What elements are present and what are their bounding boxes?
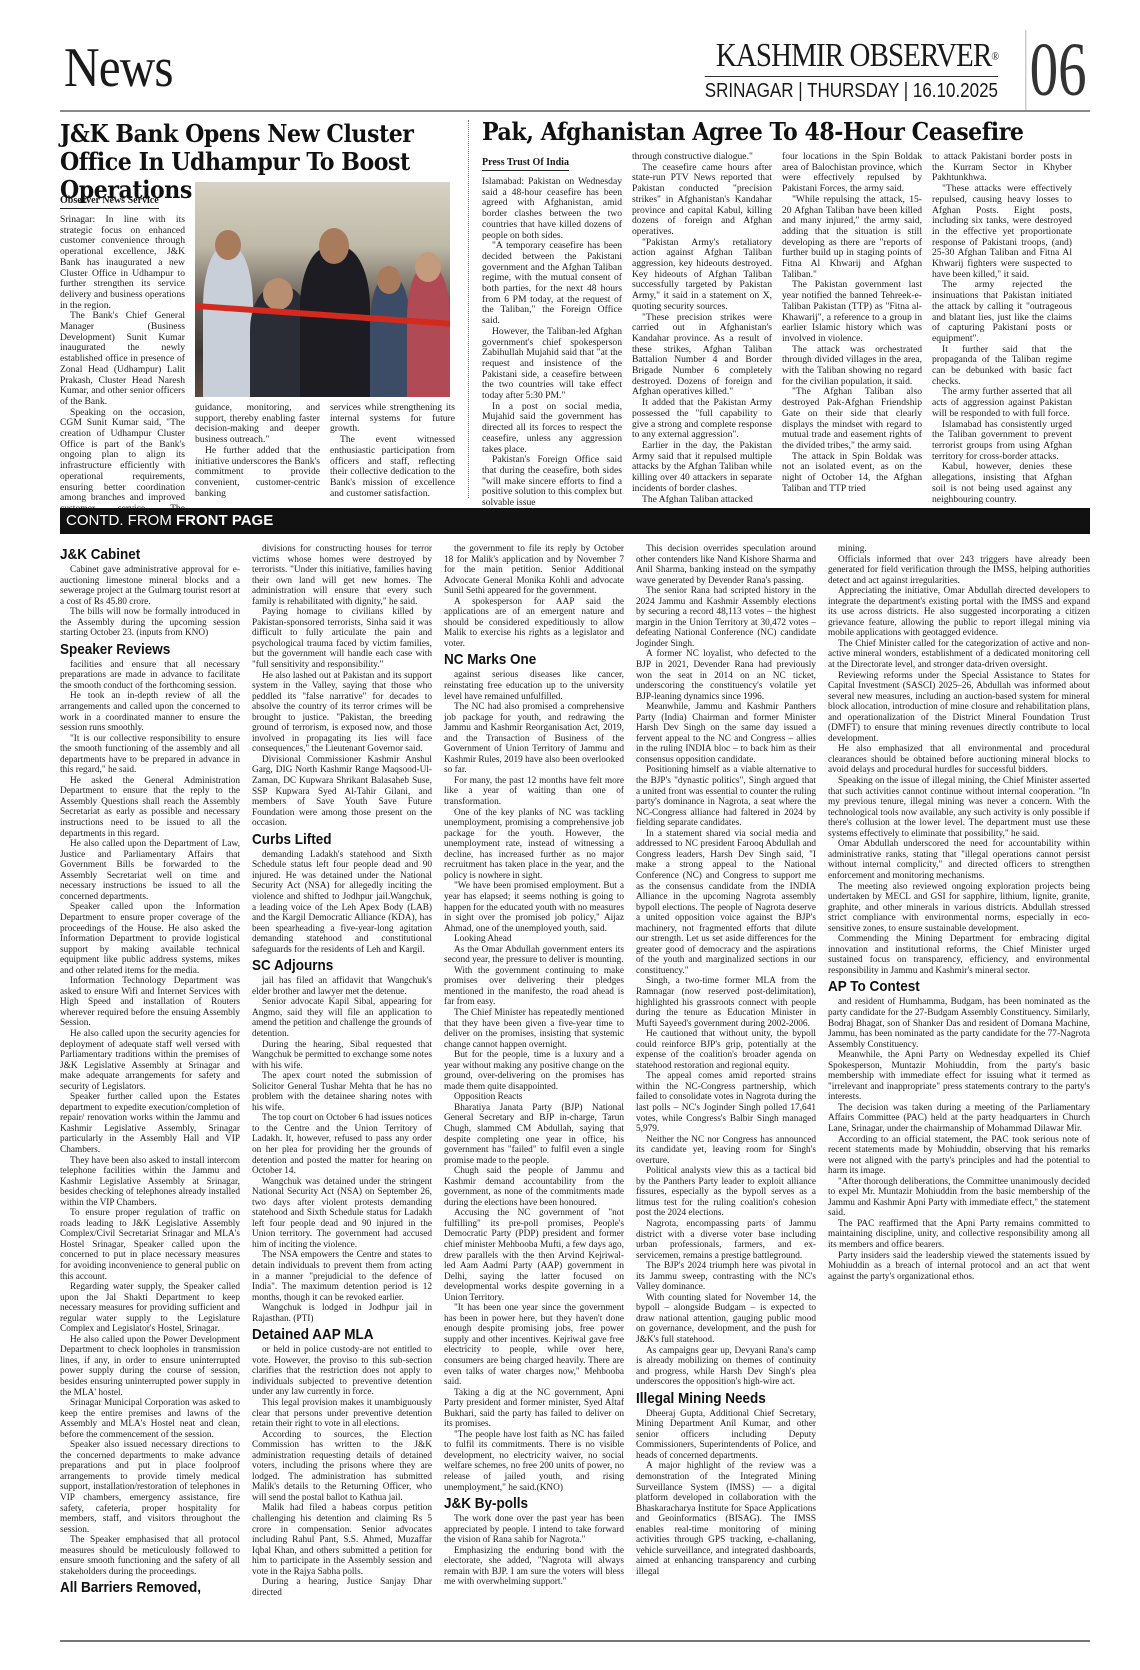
paragraph: Srinagar Municipal Corporation was asked… bbox=[60, 1398, 240, 1440]
contd-banner: CONTD. FROM FRONT PAGE bbox=[60, 508, 1090, 534]
paragraph: The PAC reaffirmed that the Apni Party r… bbox=[828, 1219, 1090, 1251]
paragraph: Positioning himself as a viable alternat… bbox=[636, 765, 816, 828]
paragraph: A spokesperson for AAP said the applicat… bbox=[444, 597, 624, 650]
subheading: All Barriers Removed, bbox=[60, 1579, 222, 1597]
banner-bold: FRONT PAGE bbox=[176, 512, 273, 529]
paragraph: The Speaker emphasised that all protocol… bbox=[60, 1535, 240, 1577]
paragraph: Omar Abdullah underscored the need for a… bbox=[828, 839, 1090, 881]
paragraph: "It has been one year since the governme… bbox=[444, 1303, 624, 1387]
article-column: to attack Pakistani border posts in the … bbox=[932, 152, 1072, 505]
banner-prefix: CONTD. FROM bbox=[66, 512, 176, 529]
paragraph: He also called upon the security agencie… bbox=[60, 1029, 240, 1092]
paragraph: The event witnessed enthusiastic partici… bbox=[330, 435, 455, 499]
paragraph: One of the key planks of NC was tackling… bbox=[444, 808, 624, 882]
paragraph: to attack Pakistani border posts in the … bbox=[932, 152, 1072, 184]
contd-body: the government to file its reply by Octo… bbox=[444, 544, 624, 1588]
contd-text: the government to file its reply by Octo… bbox=[444, 544, 624, 1588]
paragraph: Earlier in the day, the Pakistan Army sa… bbox=[632, 441, 772, 495]
contd-column-4: This decision overrides speculation arou… bbox=[636, 544, 816, 1578]
paragraph: The apex court noted the submission of S… bbox=[252, 1071, 432, 1113]
paragraph: Dheeraj Gupta, Additional Chief Secretar… bbox=[636, 1409, 816, 1462]
paragraph: Singh, a two-time former MLA from the Ra… bbox=[636, 976, 816, 1029]
paragraph: However, the Taliban-led Afghan governme… bbox=[482, 327, 622, 402]
contd-text: divisions for constructing houses for te… bbox=[252, 544, 432, 1598]
paragraph: According to sources, the Election Commi… bbox=[252, 1430, 432, 1504]
paragraph: Information Technology Department was as… bbox=[60, 976, 240, 1029]
paragraph: Nagrota, encompassing parts of Jammu dis… bbox=[636, 1219, 816, 1261]
paragraph: services while strengthening its interna… bbox=[330, 403, 455, 435]
paragraph: Kabul, however, denies these allegations… bbox=[932, 462, 1072, 505]
dateline: SRINAGAR | THURSDAY | 16.10.2025 bbox=[705, 76, 998, 103]
paragraph: The Afghan Taliban attacked bbox=[632, 495, 772, 506]
page-number: 06 bbox=[1026, 30, 1091, 110]
paragraph: Opposition Reacts bbox=[444, 1092, 624, 1103]
paragraph: The Bank's Chief General Manager (Busine… bbox=[60, 311, 185, 407]
paragraph: The NC had also promised a comprehensive… bbox=[444, 702, 624, 776]
article-column: services while strengthening its interna… bbox=[330, 403, 455, 499]
article-body: Srinagar: In line with its strategic foc… bbox=[60, 215, 185, 536]
paragraph: "While repulsing the attack, 15-20 Afgha… bbox=[782, 195, 922, 281]
paragraph: He also emphasized that all environmenta… bbox=[828, 744, 1090, 776]
paragraph: Political analysts view this as a tactic… bbox=[636, 1166, 816, 1219]
subheading: AP To Contest bbox=[828, 978, 1064, 996]
paragraph: During the hearing, Sibal requested that… bbox=[252, 1040, 432, 1072]
subheading: Detained AAP MLA bbox=[252, 1326, 414, 1344]
paragraph: He also lashed out at Pakistan and its s… bbox=[252, 671, 432, 755]
paragraph: Cabinet gave administrative approval for… bbox=[60, 565, 240, 607]
paragraph: They have been also asked to install int… bbox=[60, 1156, 240, 1209]
article-body: four locations in the Spin Boldak area o… bbox=[782, 152, 922, 495]
column-divider bbox=[468, 120, 469, 498]
paragraph: A former NC loyalist, who defected to th… bbox=[636, 649, 816, 702]
paragraph: He further added that the initiative und… bbox=[195, 446, 320, 500]
paragraph: Wangchuk is lodged in Jodhpur jail in Ra… bbox=[252, 1303, 432, 1324]
paragraph: The top court on October 6 had issues no… bbox=[252, 1113, 432, 1176]
paragraph: "A temporary ceasefire has been decided … bbox=[482, 241, 622, 327]
contd-column-5: mining.Officials informed that over 243 … bbox=[828, 544, 1090, 1282]
subheading: Illegal Mining Needs bbox=[636, 1390, 798, 1408]
paragraph: facilities and ensure that all necessary… bbox=[60, 660, 240, 692]
paragraph: The army further asserted that all acts … bbox=[932, 387, 1072, 419]
paragraph: It further said that the propaganda of t… bbox=[932, 345, 1072, 388]
masthead: News KASHMIR OBSERVER® SRINAGAR | THURSD… bbox=[60, 30, 1090, 112]
paragraph: "The people have lost faith as NC has fa… bbox=[444, 1430, 624, 1493]
article-body: through constructive dialogue."The cease… bbox=[632, 152, 772, 505]
subheading: J&K Cabinet bbox=[60, 546, 222, 564]
paragraph: Srinagar: In line with its strategic foc… bbox=[60, 215, 185, 311]
subheading: SC Adjourns bbox=[252, 957, 414, 975]
paragraph: The attack was orchestrated through divi… bbox=[782, 345, 922, 388]
paragraph: Divisional Commissioner Kashmir Anshul G… bbox=[252, 755, 432, 829]
article-column: guidance, monitoring, and support, there… bbox=[195, 403, 320, 499]
paragraph: demanding Ladakh's statehood and Sixth S… bbox=[252, 850, 432, 955]
article-body: guidance, monitoring, and support, there… bbox=[195, 403, 320, 499]
paragraph: "Pakistan Army's retaliatory action agai… bbox=[632, 238, 772, 313]
article-body: Islamabad: Pakistan on Wednesday said a … bbox=[482, 177, 622, 509]
paragraph: Accusing the NC government of "not fulfi… bbox=[444, 1208, 624, 1303]
article-photo bbox=[195, 182, 450, 397]
paragraph: Appreciating the initiative, Omar Abdull… bbox=[828, 586, 1090, 639]
paragraph: Islamabad has consistently urged the Tal… bbox=[932, 420, 1072, 463]
paragraph: Officials informed that over 243 trigger… bbox=[828, 555, 1090, 587]
article-body: to attack Pakistani border posts in the … bbox=[932, 152, 1072, 505]
paragraph: The NSA empowers the Centre and states t… bbox=[252, 1250, 432, 1303]
paragraph: It added that the Pakistan Army possesse… bbox=[632, 398, 772, 441]
paragraph: Emphasizing the enduring bond with the e… bbox=[444, 1546, 624, 1588]
paragraph: jail has filed an affidavit that Wangchu… bbox=[252, 976, 432, 997]
paragraph: According to an official statement, the … bbox=[828, 1135, 1090, 1177]
contd-body: mining.Officials informed that over 243 … bbox=[828, 544, 1090, 1282]
bottom-rule bbox=[60, 1640, 1090, 1642]
paragraph: "These attacks were effectively repulsed… bbox=[932, 184, 1072, 280]
paragraph: Islamabad: Pakistan on Wednesday said a … bbox=[482, 177, 622, 241]
paragraph: Malik had filed a habeas corpus petition… bbox=[252, 1503, 432, 1577]
paragraph: He asked the General Administration Depa… bbox=[60, 776, 240, 839]
paragraph: With counting slated for November 14, th… bbox=[636, 1293, 816, 1346]
paragraph: The meeting also reviewed ongoing explor… bbox=[828, 882, 1090, 935]
paragraph: The appeal comes amid reported strains w… bbox=[636, 1071, 816, 1134]
paragraph: "We have been promised employment. But a… bbox=[444, 881, 624, 934]
paragraph: Party insiders said the leadership viewe… bbox=[828, 1251, 1090, 1283]
paragraph: Wangchuk was detained under the stringen… bbox=[252, 1177, 432, 1251]
paragraph: For many, the past 12 months have felt m… bbox=[444, 776, 624, 808]
article-jk-bank: J&K Bank Opens New Cluster Office In Udh… bbox=[60, 120, 460, 500]
paragraph: "It is our collective responsibility to … bbox=[60, 734, 240, 776]
paragraph: The BJP's 2024 triumph here was pivotal … bbox=[636, 1261, 816, 1293]
paragraph: He cautioned that without unity, the byp… bbox=[636, 1029, 816, 1071]
paragraph: The bills will now be formally introduce… bbox=[60, 607, 240, 639]
paragraph: He took an in-depth review of all the ar… bbox=[60, 691, 240, 733]
contd-body: divisions for constructing houses for te… bbox=[252, 544, 432, 1598]
paragraph: In a post on social media, Mujahid said … bbox=[482, 402, 622, 456]
paragraph: Senior advocate Kapil Sibal, appearing f… bbox=[252, 997, 432, 1039]
paragraph: The decision was taken during a meeting … bbox=[828, 1103, 1090, 1135]
paragraph: Speaker also issued necessary directions… bbox=[60, 1440, 240, 1535]
paragraph: against serious diseases like cancer, re… bbox=[444, 670, 624, 702]
article-column: Observer News Service Srinagar: In line … bbox=[60, 190, 185, 536]
paragraph: The attack in Spin Boldak was not an iso… bbox=[782, 452, 922, 495]
paragraph: Taking a dig at the NC government, Apni … bbox=[444, 1388, 624, 1430]
paragraph: The Pakistan government last year notifi… bbox=[782, 280, 922, 344]
paragraph: With the government continuing to make p… bbox=[444, 966, 624, 1008]
paragraph: The ceasefire came hours after state-run… bbox=[632, 163, 772, 238]
paragraph: Commending the Mining Department for emb… bbox=[828, 934, 1090, 976]
paragraph: Speaker further called upon the Estates … bbox=[60, 1092, 240, 1155]
paragraph: or held in police custody-are not entitl… bbox=[252, 1345, 432, 1398]
paragraph: He also called upon the Power Developmen… bbox=[60, 1335, 240, 1398]
paragraph: Speaking on the issue of illegal mining,… bbox=[828, 776, 1090, 839]
paragraph: Regarding water supply, the Speaker call… bbox=[60, 1282, 240, 1335]
article-column: Press Trust Of India Islamabad: Pakistan… bbox=[482, 152, 622, 509]
paragraph: A major highlight of the review was a de… bbox=[636, 1461, 816, 1577]
paragraph: Meanwhile, the Apni Party on Wednesday e… bbox=[828, 1050, 1090, 1103]
paragraph: The Chief Minister has repeatedly mentio… bbox=[444, 1008, 624, 1050]
contd-column-2: divisions for constructing houses for te… bbox=[252, 544, 432, 1598]
article-column: four locations in the Spin Boldak area o… bbox=[782, 152, 922, 495]
paragraph: and resident of Humhamma, Budgam, has be… bbox=[828, 997, 1090, 1050]
contd-body: This decision overrides speculation arou… bbox=[636, 544, 816, 1578]
brand-block: KASHMIR OBSERVER® SRINAGAR | THURSDAY | … bbox=[653, 38, 998, 103]
paragraph: The senior Rana had scripted history in … bbox=[636, 586, 816, 649]
paragraph: "These precision strikes were carried ou… bbox=[632, 313, 772, 399]
paragraph: Paying homage to civilians killed by Pak… bbox=[252, 607, 432, 670]
subheading: NC Marks One bbox=[444, 651, 606, 669]
subheading: Speaker Reviews bbox=[60, 641, 222, 659]
paragraph: Meanwhile, Jammu and Kashmir Panthers Pa… bbox=[636, 702, 816, 765]
paragraph: "After thorough deliberations, the Commi… bbox=[828, 1177, 1090, 1219]
contd-text: mining.Officials informed that over 243 … bbox=[828, 544, 1090, 1282]
paragraph: To ensure proper regulation of traffic o… bbox=[60, 1208, 240, 1282]
contd-text: J&K CabinetCabinet gave administrative a… bbox=[60, 546, 240, 1597]
paragraph: Pakistan's Foreign Office said that duri… bbox=[482, 455, 622, 509]
paragraph: As campaigns gear up, Devyani Rana's cam… bbox=[636, 1346, 816, 1388]
paragraph: Neither the NC nor Congress has announce… bbox=[636, 1135, 816, 1167]
paragraph: Speaker called upon the Information Depa… bbox=[60, 902, 240, 976]
paragraph: The Chief Minister called for the catego… bbox=[828, 639, 1090, 671]
paragraph: Bharatiya Janata Party (BJP) National Ge… bbox=[444, 1103, 624, 1166]
article-body: services while strengthening its interna… bbox=[330, 403, 455, 499]
article-byline: Observer News Service bbox=[60, 195, 159, 209]
contd-column-1: J&K CabinetCabinet gave administrative a… bbox=[60, 544, 240, 1598]
paragraph: mining. bbox=[828, 544, 1090, 555]
subheading: Curbs Lifted bbox=[252, 831, 414, 849]
paragraph: The army rejected the insinuations that … bbox=[932, 280, 1072, 344]
registered-mark: ® bbox=[991, 49, 998, 63]
paragraph: He also called upon the Department of La… bbox=[60, 839, 240, 902]
section-label: News bbox=[64, 38, 173, 98]
paragraph: Reviewing reforms under the Special Assi… bbox=[828, 671, 1090, 745]
article-column: through constructive dialogue."The cease… bbox=[632, 152, 772, 505]
paragraph: divisions for constructing houses for te… bbox=[252, 544, 432, 607]
paragraph: As the Omar Abdullah government enters i… bbox=[444, 945, 624, 966]
paragraph: "The Afghan Taliban also destroyed Pak-A… bbox=[782, 387, 922, 451]
article-byline: Press Trust Of India bbox=[482, 157, 569, 171]
paragraph: The work done over the past year has bee… bbox=[444, 1514, 624, 1546]
paragraph: This legal provision makes it unambiguou… bbox=[252, 1398, 432, 1430]
paragraph: Chugh said the people of Jammu and Kashm… bbox=[444, 1166, 624, 1208]
paragraph: Looking Ahead bbox=[444, 934, 624, 945]
paragraph: During a hearing, Justice Sanjay Dhar di… bbox=[252, 1577, 432, 1598]
contd-body: J&K CabinetCabinet gave administrative a… bbox=[60, 546, 240, 1597]
paragraph: This decision overrides speculation arou… bbox=[636, 544, 816, 586]
paragraph: In a statement shared via social media a… bbox=[636, 829, 816, 977]
contd-text: This decision overrides speculation arou… bbox=[636, 544, 816, 1578]
paragraph: four locations in the Spin Boldak area o… bbox=[782, 152, 922, 195]
newspaper-logo: KASHMIR OBSERVER® bbox=[716, 38, 998, 74]
article-ceasefire: Pak, Afghanistan Agree To 48-Hour Ceasef… bbox=[482, 118, 1082, 498]
contd-column-3: the government to file its reply by Octo… bbox=[444, 544, 624, 1588]
newspaper-name: KASHMIR OBSERVER bbox=[716, 37, 992, 74]
paragraph: the government to file its reply by Octo… bbox=[444, 544, 624, 597]
paragraph: guidance, monitoring, and support, there… bbox=[195, 403, 320, 446]
subheading: J&K By-polls bbox=[444, 1495, 606, 1513]
paragraph: But for the people, time is a luxury and… bbox=[444, 1050, 624, 1092]
article-headline: Pak, Afghanistan Agree To 48-Hour Ceasef… bbox=[482, 118, 1080, 146]
